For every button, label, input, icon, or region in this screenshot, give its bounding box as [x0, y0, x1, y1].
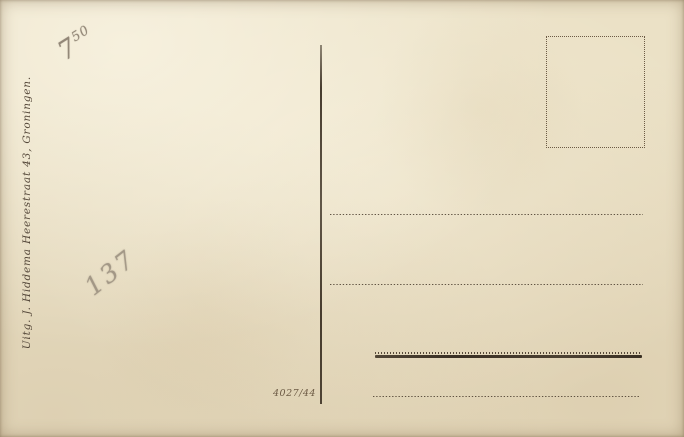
- stamp-box: [546, 36, 645, 148]
- postcard-back: Uitg. J. Hiddema Heerestraat 43, Groning…: [0, 0, 684, 437]
- pencil-number-mark: 137: [79, 244, 142, 302]
- address-line-1: [330, 214, 643, 216]
- address-line-4: [373, 396, 639, 398]
- address-line-3-heavy: [375, 352, 642, 359]
- divider-line: [320, 45, 322, 404]
- address-line-2: [330, 284, 643, 286]
- pencil-price-mark: 750: [53, 23, 99, 67]
- publisher-imprint: Uitg. J. Hiddema Heerestraat 43, Groning…: [21, 76, 33, 349]
- serial-number: 4027/44: [273, 388, 316, 399]
- heavy-line-dots: [375, 352, 642, 354]
- heavy-line-bar: [375, 355, 642, 358]
